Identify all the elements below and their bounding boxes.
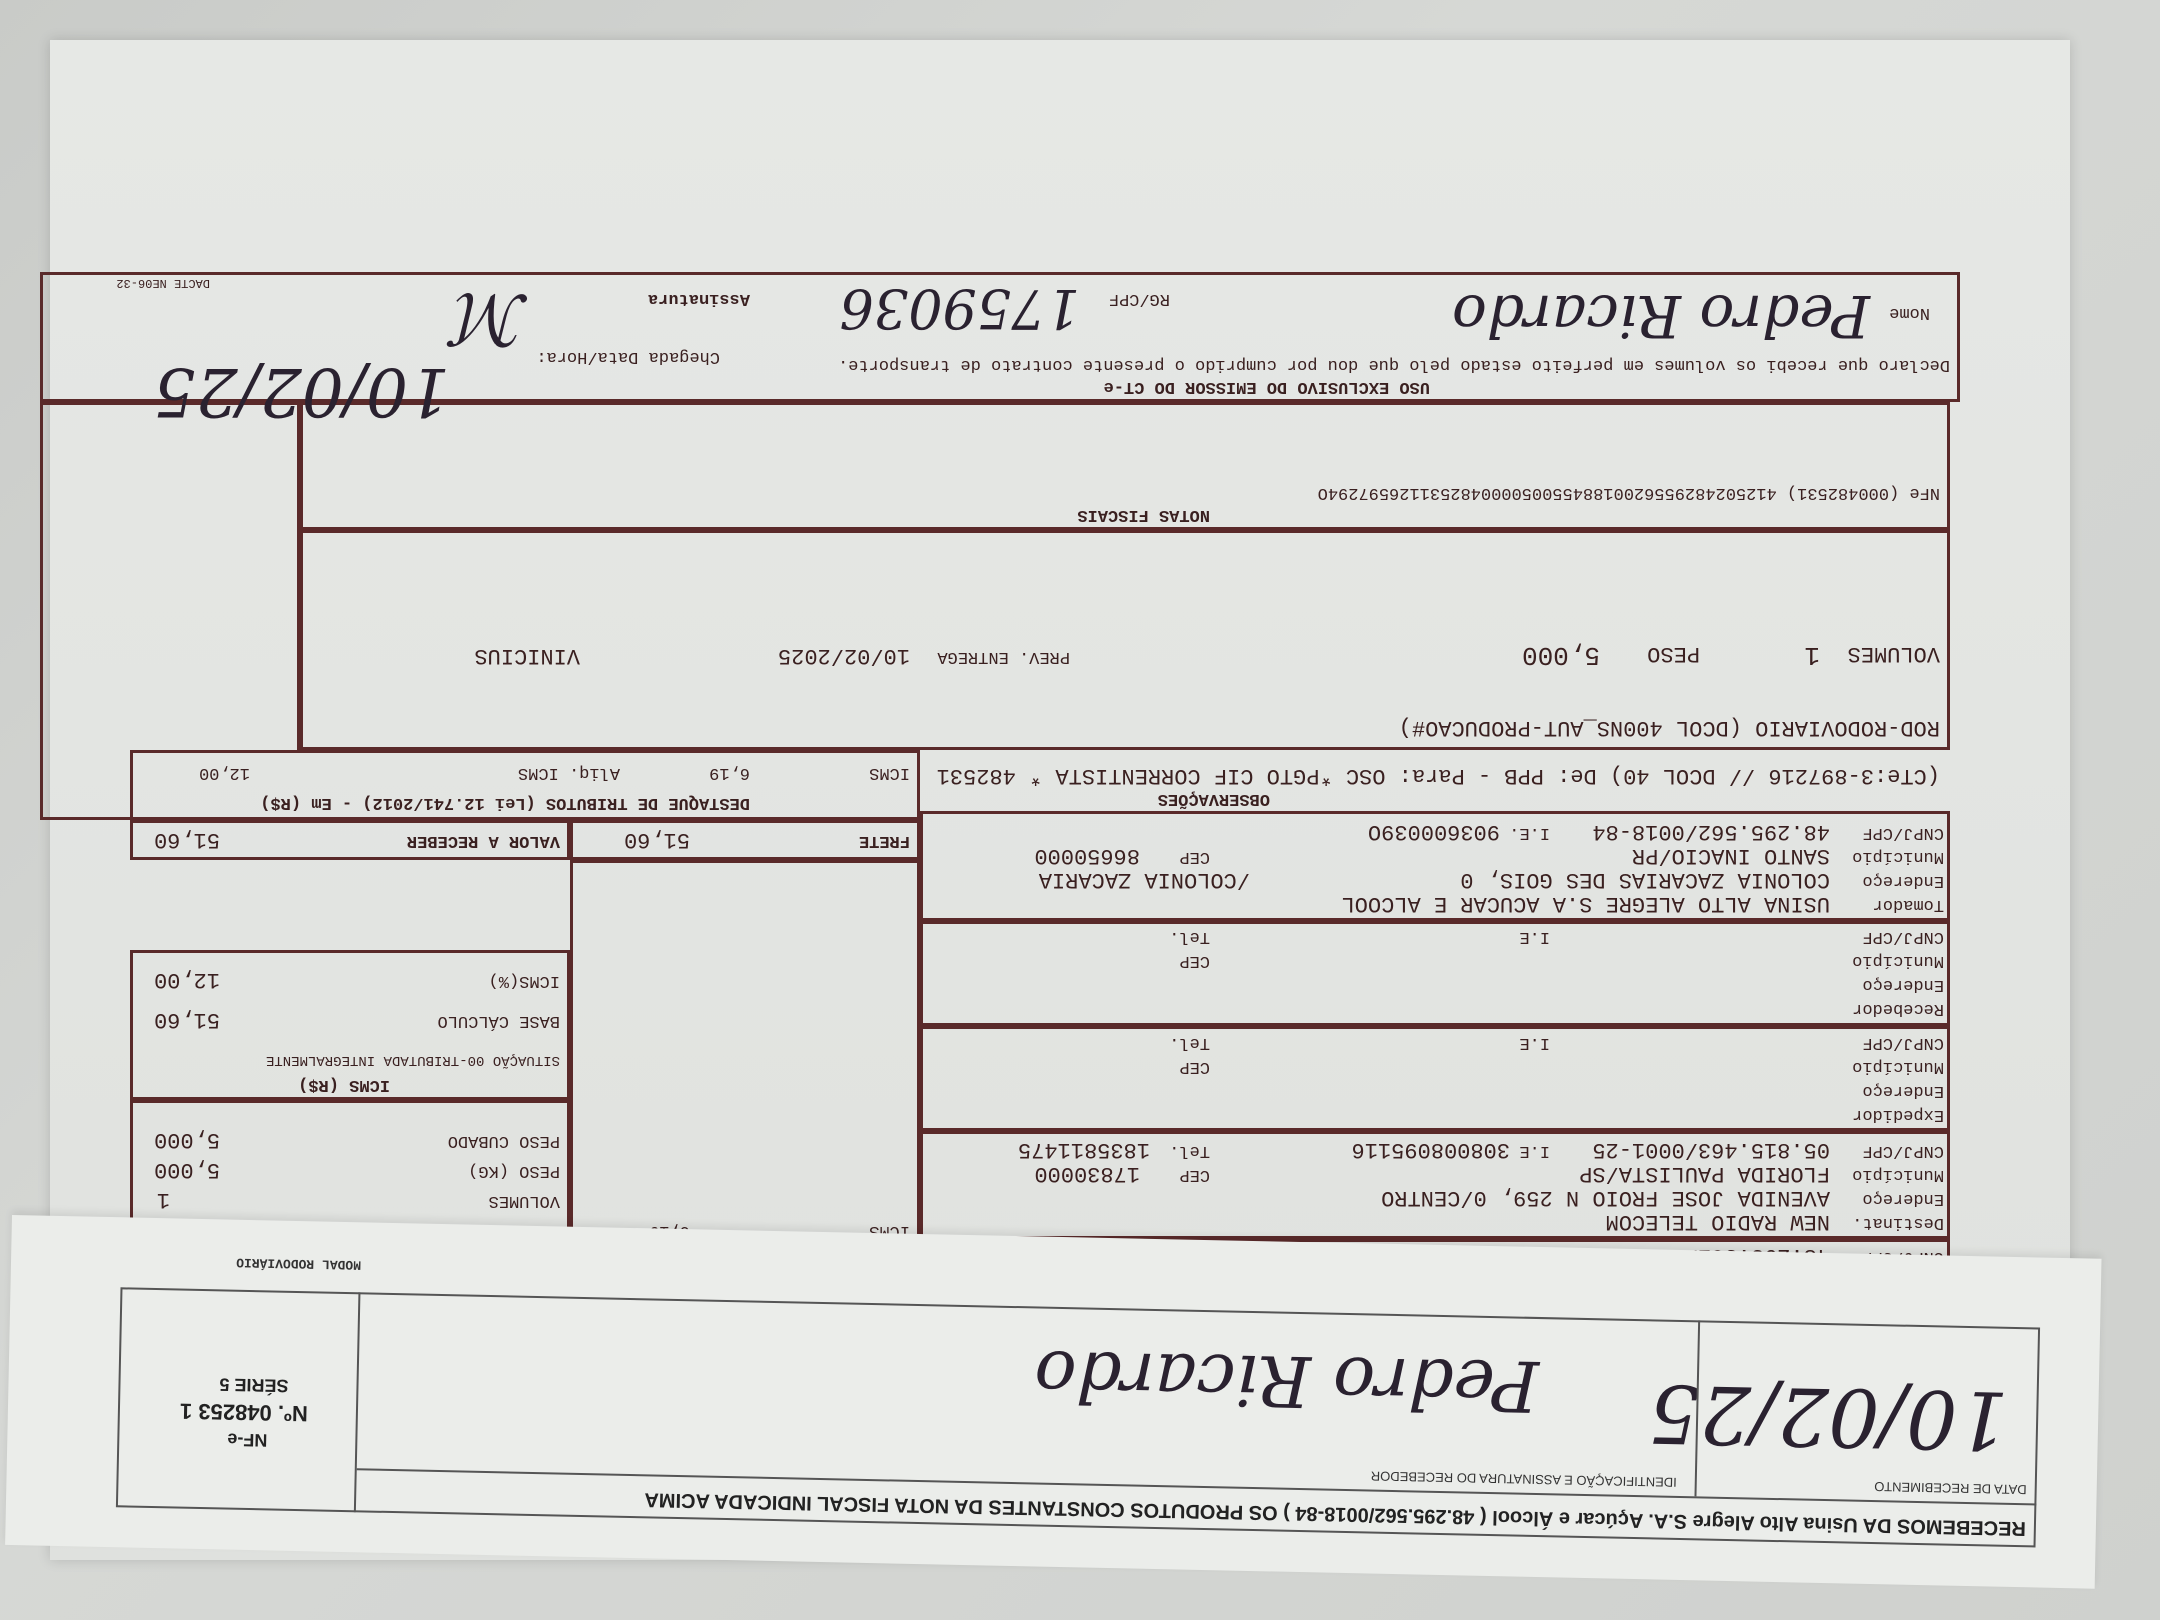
tributos-aliq-label: Aliq. ICMS (518, 763, 620, 782)
origin-city: SP/PRESIDENTE PRUDENTE (1546, 1342, 1942, 1376)
peso-cubado-label: PESO CUBADO (448, 1131, 560, 1150)
ad-valorem-value: 3,60 (649, 1261, 690, 1280)
nome-handwritten: Pedro Ricardo (1452, 282, 1870, 350)
valor-receber-label: VALOR A RECEBER (407, 831, 560, 850)
assinatura-label: Assinatura (648, 289, 750, 308)
peso-value: 5,000 (154, 1157, 220, 1182)
expedidor-tel-label: Tel. (1169, 1033, 1210, 1052)
frete-peso-label: FRETE PESO (808, 1281, 910, 1300)
chegada-handwritten: 10/02/25 (154, 353, 450, 430)
valor-receber-value: 51,60 (154, 827, 220, 852)
remetente-cep-label: CEP (1179, 1271, 1210, 1290)
recebedor-label: Recebedor (1852, 999, 1944, 1018)
remetente-ie-label: I.E (1519, 1247, 1550, 1266)
natureza-label: NATUREZA (478, 1251, 560, 1270)
icms-aliq-label: ICMS(%) (489, 971, 560, 990)
expedidor-municipio-label: Município (1852, 1057, 1944, 1076)
tomador-label: Tomador (1873, 895, 1944, 914)
obs-volumes-label: VOLUMES (1848, 641, 1940, 666)
tomador-cep: 86650000 (1034, 843, 1140, 868)
valor-label: VALOR (509, 1221, 560, 1240)
destinatario-tel-label: Tel. (1169, 1141, 1210, 1160)
destinatario-municipio: FLORIDA PAULISTA/SP (1579, 1161, 1830, 1186)
icms-base-label: BASE CÁLCULO (438, 1011, 560, 1030)
tributos-title: DESTAQUE DE TRIBUTOS (Lei 12.741/2012) -… (260, 793, 750, 812)
expedidor-cep-label: CEP (1179, 1057, 1210, 1076)
tomador-ie: 903600039O (1368, 819, 1500, 844)
remetente-endereco-label: Endereço (1862, 1295, 1944, 1314)
tributos-icms-label: ICMS (869, 763, 910, 782)
rg-label: RG/CPF (1109, 289, 1170, 308)
frete-label: FRETE (859, 831, 910, 850)
recebedor-municipio-label: Município (1852, 951, 1944, 970)
destinatario-endereco-label: Endereço (1862, 1189, 1944, 1208)
icms-title: ICMS (R$) (298, 1075, 390, 1094)
observacoes-line1: (CTe:3-897216 // DCOL 40) De: PPB - Para… (937, 763, 1940, 788)
dacte-footer: DACTE NE06-32 (116, 276, 210, 290)
peso-label: PESO (KG) (468, 1161, 560, 1180)
icms-situacao: SITUAÇÃO 00-TRIBUTADA INTEGRALMENTE (266, 1052, 560, 1068)
destinatario-cnpj-label: CNPJ/CPF (1862, 1141, 1944, 1160)
pedagio-label: PEDAGIO (839, 1241, 910, 1260)
recebedor-box (920, 921, 1950, 1026)
icms-base-value: 51,60 (154, 1007, 220, 1032)
tomador-cnpj: 48.295.562/0018-84 (1592, 819, 1830, 844)
remetente-tel: 4433528316 (1018, 1243, 1150, 1268)
rg-handwritten: 1759036 (840, 277, 1081, 340)
observacoes-title: OBSERVAÇÕES (1158, 789, 1270, 808)
destinatario-cep-label: CEP (1179, 1165, 1210, 1184)
expedidor-cnpj-label: CNPJ/CPF (1862, 1033, 1944, 1052)
destinatario-tel: 1835811475 (1018, 1137, 1150, 1162)
destinatario-ie: 308008095116 (1352, 1137, 1510, 1162)
tributos-icms-value: 6,19 (709, 763, 750, 782)
produto-value: DIVERSOS (164, 1277, 270, 1302)
recebedor-cnpj-label: CNPJ/CPF (1862, 927, 1944, 946)
icms-aliq-value: 12,00 (154, 967, 220, 992)
destinatario-ie-label: I.E (1519, 1141, 1550, 1160)
expedidor-box (920, 1026, 1950, 1131)
uso-exclusivo-title: USO EXCLUSIVO DO EMISSOR DO CT-e (1104, 377, 1430, 396)
obs-peso-value: 5,000 (1522, 640, 1600, 670)
remetente-label: Remetente (1852, 1319, 1944, 1338)
remetente-cnpj-label: CNPJ/CPF (1862, 1247, 1944, 1266)
tomador-ie-label: I.E. (1509, 823, 1550, 842)
tomador-endereco-label: Endereço (1862, 871, 1944, 890)
tomador-endereco: COLONIA ZACARIAS DES GOIS, 0 (1460, 867, 1830, 892)
remetente-name: USINA ALTO ALEGRE S.A ACUCAR E ALCOOL (1342, 1315, 1830, 1340)
volumes-value: 1 (157, 1187, 170, 1212)
remetente-municipio: SANTO INACIO/PR (1632, 1267, 1830, 1292)
prev-entrega-value: 10/02/2025 (778, 643, 910, 668)
produto-label: PRODUTO: (478, 1281, 560, 1300)
declaracao-text: Declaro que recebi os volumes em perfeit… (838, 355, 1950, 374)
tomador-endereco2: /COLONIA ZACARIA (1039, 867, 1250, 892)
recebedor-tel-label: Tel. (1169, 927, 1210, 946)
remetente-endereco: COLONIA ZACARIAS DES GOIS, 0 (1460, 1291, 1830, 1316)
protocolo-label: PROTOCOLO DE AUTORIZAÇÃO: (650, 1335, 905, 1354)
obs-peso-label: PESO (1647, 641, 1700, 666)
remetente-municipio-label: Município (1852, 1271, 1944, 1290)
remetente-cnpj: 48.295.562/0018-84 (1592, 1243, 1830, 1268)
destination-city: SP/FLORIDA PAULISTA (1048, 1342, 1390, 1376)
remetente-tel-label: Tel. (1169, 1247, 1210, 1266)
valor-value: 1.200,00 (144, 1217, 250, 1242)
prev-entrega-label: PREV. ENTREGA (937, 647, 1070, 666)
componentes-frete-title: COMPONENTES DO FRETE (R$) (655, 1305, 910, 1324)
icms-comp-value: 6,19 (649, 1221, 690, 1240)
protocolo-value: 135250346325100 (417, 1335, 570, 1354)
frete-peso-value: 42,10 (639, 1281, 690, 1300)
remetente-ie: 903600039O (1378, 1243, 1510, 1268)
destinatario-label: Destinat. (1852, 1213, 1944, 1232)
recebedor-ie-label: I.E (1519, 927, 1550, 946)
expedidor-ie-label: I.E (1519, 1033, 1550, 1052)
destinatario-cnpj: 05.815.463/0001-25 (1592, 1137, 1830, 1162)
assinatura-handwritten: ℳ (455, 278, 530, 360)
icms-comp-label: ICMS (869, 1221, 910, 1240)
destinatario-name: NEW RADIO TELECOM (1606, 1209, 1830, 1234)
destinatario-cep: 17830000 (1034, 1161, 1140, 1186)
right-blank-box (40, 402, 300, 820)
observacoes-line2: ROD-RODOVIARIO (DCOL 400NS_AUT-PRODUCAO#… (1399, 715, 1940, 740)
tomador-cnpj-label: CNPJ/CPF (1862, 823, 1944, 842)
pedagio-value: 5,90 (649, 1241, 690, 1260)
recebedor-endereco-label: Endereço (1862, 975, 1944, 994)
destinatario-municipio-label: Município (1852, 1165, 1944, 1184)
mercadoria-title: MERCADORIA (308, 1307, 410, 1326)
notas-fiscais-title: NOTAS FISCAIS (1077, 505, 1210, 524)
chegada-label: Chegada Data/Hora: (536, 347, 720, 366)
tomador-municipio-label: Município (1852, 847, 1944, 866)
peso-cubado-value: 5,000 (154, 1127, 220, 1152)
dacte-document: Origem da Prestação: SP/PRESIDENTE PRUDE… (0, 0, 2160, 1620)
expedidor-label: Expedidor (1852, 1105, 1944, 1124)
remetente-cep: 86650000 (1034, 1267, 1140, 1292)
obs-volumes-value: 1 (1804, 640, 1820, 670)
tomador-cep-label: CEP (1179, 847, 1210, 866)
nfe-key: NFe (000482531) 412502482955620018845500… (1318, 483, 1940, 502)
recebedor-cep-label: CEP (1179, 951, 1210, 970)
destinatario-endereco: AVENIDA JOSE FROIO N 259, 0/CENTRO (1381, 1185, 1830, 1210)
origin-label: Origem da Prestação: (1785, 1374, 1950, 1394)
frete-value: 51,60 (624, 827, 690, 852)
tomador-municipio: SANTO INACIO/PR (1632, 843, 1830, 868)
expedidor-endereco-label: Endereço (1862, 1081, 1944, 1100)
responsavel-name: VINICIUS (474, 643, 580, 668)
ad-valorem-label: AD VALOREM (808, 1261, 910, 1280)
nome-label: Nome (1889, 303, 1930, 322)
volumes-label: VOLUMES (489, 1191, 560, 1210)
tomador-name: USINA ALTO ALEGRE S.A ACUCAR E ALCOOL (1342, 891, 1830, 916)
